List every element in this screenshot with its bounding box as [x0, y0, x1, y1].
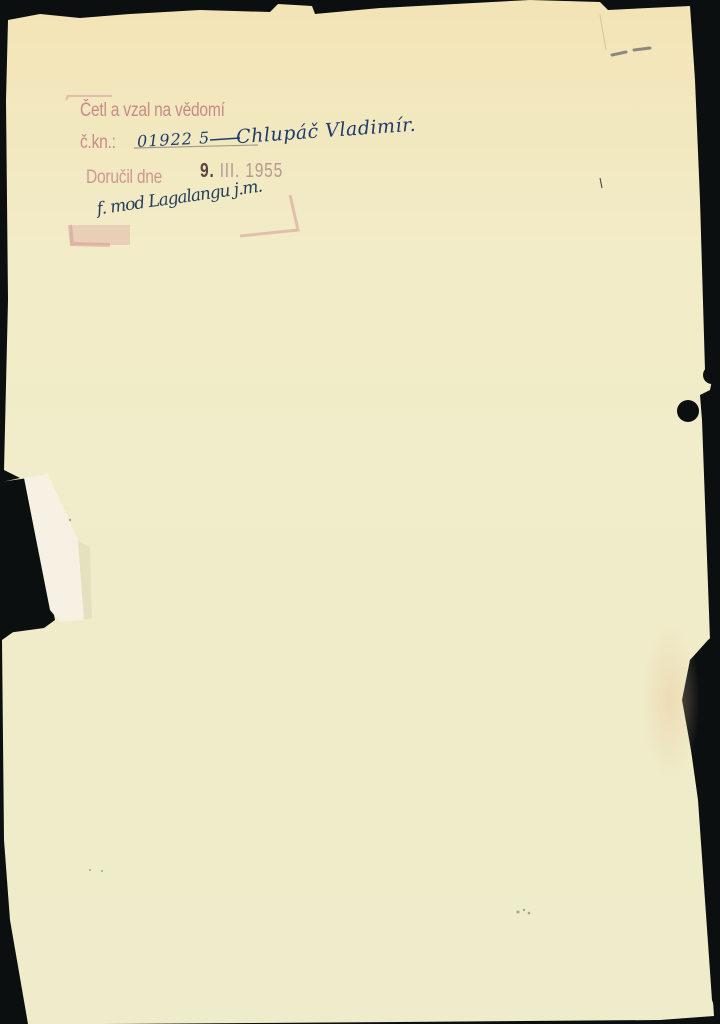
stamp-delivered-label: Doručil dne [86, 167, 162, 189]
stamp-date-day: 9. [200, 160, 215, 182]
document-page: Četl a vzal na vědomí č.kn.: Doručil dne… [0, 0, 720, 1024]
stamp-read-acknowledged: Četl a vzal na vědomí [80, 100, 225, 122]
handwritten-book-number: 01922 5 [137, 128, 211, 151]
punch-hole [677, 400, 699, 422]
stamp-book-number-label: č.kn.: [80, 132, 116, 154]
